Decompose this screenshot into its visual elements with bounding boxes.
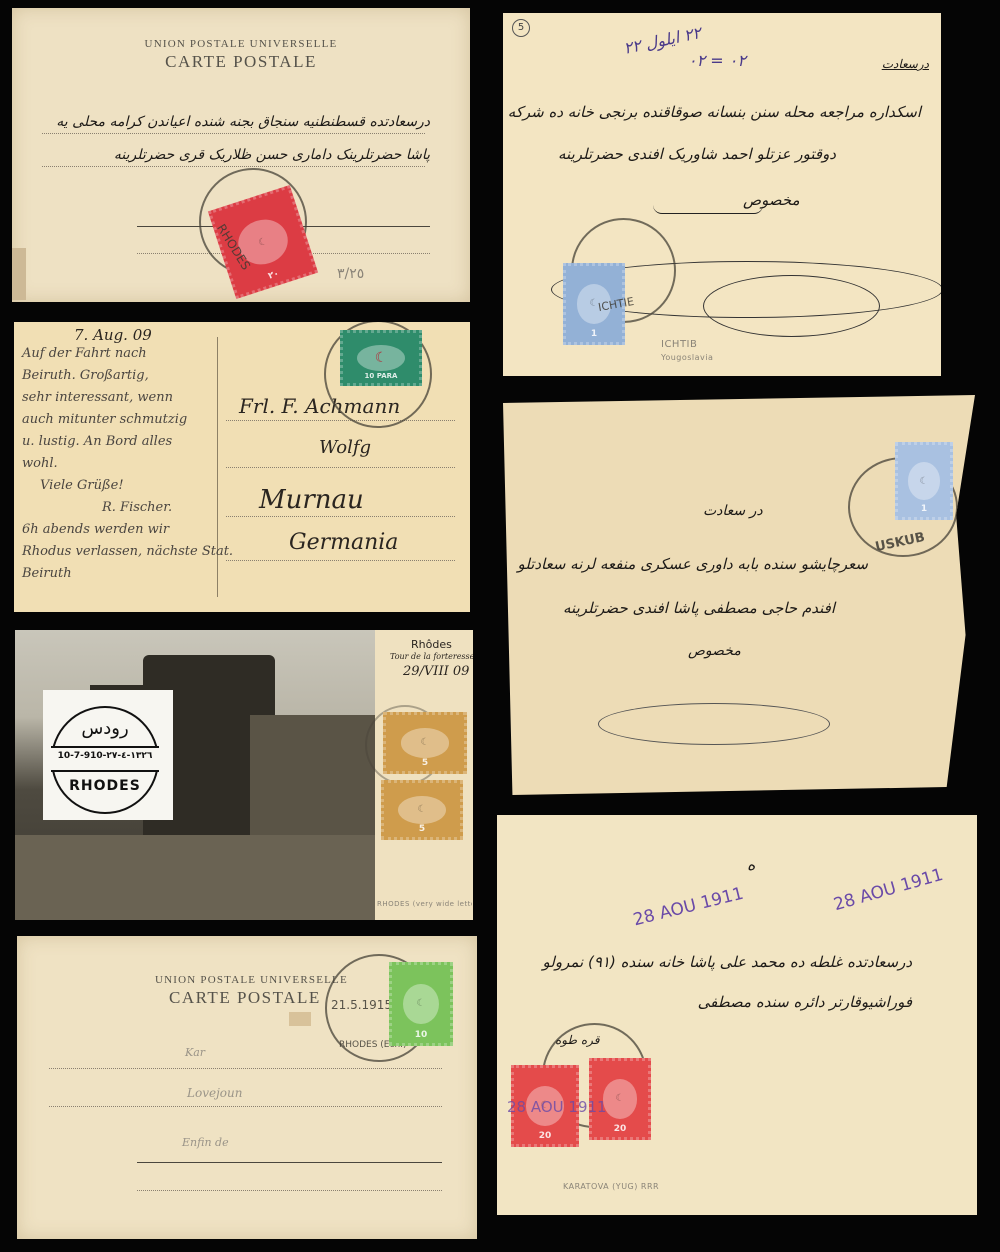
stamp-value: 20 — [614, 1124, 627, 1134]
address-city: Murnau — [259, 485, 364, 515]
address-rule — [42, 166, 425, 167]
stamp-value: 1 — [921, 504, 927, 514]
cover-karatova[interactable]: ه 28 AOU 1911 28 AOU 1911 درسعادتده غلطه… — [497, 815, 977, 1215]
proof-town: RHODES — [43, 778, 167, 794]
address-rule — [137, 1162, 442, 1163]
stamp-value: ٢٠ — [267, 269, 281, 282]
stamp-value: 5 — [419, 824, 425, 834]
address-line-1: درسعادتده غلطه ده محمد علی پاشا خانه سند… — [537, 953, 912, 971]
tughra-icon: ☾ — [357, 345, 404, 371]
green-stamp[interactable]: ☾ 10 PARA — [340, 330, 422, 386]
message-line: Rhodus verlassen, nächste Stat. — [22, 544, 233, 559]
stamp-value: 20 — [539, 1131, 552, 1141]
address-country: Germania — [289, 530, 398, 555]
proof-arabic: رودس — [43, 718, 167, 739]
tughra-icon: ☾ — [603, 1079, 638, 1119]
circled-number: 5 — [512, 19, 530, 37]
address-rule — [42, 133, 425, 134]
stain — [289, 1012, 311, 1026]
pencil-note-1: ICHTIB — [661, 339, 697, 350]
address-line-2: فوراشیوقارتر دائره سنده مصطفی — [698, 993, 912, 1011]
picture-postcard[interactable]: Rhôdes Tour de la forteresse 29/VIII 09 … — [15, 630, 473, 920]
address-line-2: Lovejoun — [187, 1086, 242, 1100]
address-line-2: افندم حاجی مصطفی پاشا افندی حضرتلرینه — [545, 599, 835, 617]
address-rule — [137, 1190, 442, 1191]
message-line: 6h abends werden wir — [22, 522, 169, 537]
pencil-note: KARATOVA (YUG) RRR — [563, 1182, 659, 1191]
carte-postale-title: CARTE POSTALE — [12, 52, 470, 72]
caption-subtitle: Tour de la forteresse — [390, 652, 473, 661]
address-line-1: درسعادتده قسطنطنیه سنجاق بجنه شنده اعیان… — [20, 114, 430, 130]
green-stamp[interactable]: ☾ 10 — [389, 962, 453, 1046]
address-street: Wolfg — [319, 437, 371, 458]
message-date: 7. Aug. 09 — [74, 326, 152, 344]
stamp-value: 10 — [415, 1030, 428, 1040]
pencil-note-2: Yougoslavia — [661, 353, 713, 362]
violet-date-on-stamps: 28 AOU 1911 — [507, 1098, 607, 1116]
stamp-value: 10 PARA — [365, 372, 398, 380]
cover-ichtib[interactable]: 5 ٢٢ ايلول ٢٢ ٢٠ = ٢٠ درسعادت اسکداره مر… — [503, 13, 941, 376]
address-line-2: دوقتور عزتلو احمد شاوریک افندی حضرتلرینه — [558, 145, 836, 163]
pencil-note: ٣/٢٥ — [337, 266, 364, 282]
message-line: Beiruth — [22, 566, 72, 581]
address-rule — [226, 420, 455, 421]
stamp-value: 1 — [591, 329, 597, 339]
address-rule — [226, 467, 455, 468]
proof-date: 10-7-910-١٣٢٦-٤-٢٧ — [51, 751, 159, 761]
tughra-icon: ☾ — [398, 796, 445, 824]
caption-date: 29/VIII 09 — [403, 664, 469, 679]
stamp-value: 5 — [422, 758, 428, 768]
message-line: Beiruth. Großartig, — [22, 368, 149, 383]
message-line: Auf der Fahrt nach — [22, 346, 147, 361]
upu-header: UNION POSTALE UNIVERSELLE — [155, 974, 348, 986]
message-line: R. Fischer. — [102, 500, 172, 515]
postmark-proof-label: رودس 10-7-910-١٣٢٦-٤-٢٧ RHODES — [43, 690, 173, 820]
signature-flourish — [598, 703, 830, 745]
destination: در سعادت — [703, 503, 763, 519]
destination: درسعادت — [882, 57, 929, 71]
address-line-3: Enfin de — [182, 1136, 229, 1149]
address-line-1: Kar — [185, 1046, 205, 1059]
address-line-1: سعرچایشو سنده بابه داوری عسکری منفعه لرن… — [513, 555, 868, 573]
docket-violet-2: ٢٠ = ٢٠ — [688, 51, 746, 70]
pencil-note: RHODES (very wide lettering) — [377, 900, 472, 908]
flourish-line — [653, 205, 763, 214]
message-line: Viele Grüße! — [40, 478, 124, 493]
cover-uskub[interactable]: در سعادت سعرچایشو سنده بابه داوری عسکری … — [503, 395, 975, 795]
fortress-base — [15, 835, 385, 920]
address-line-3: مخصوص — [688, 643, 741, 659]
message-line: auch mitunter schmutzig — [22, 412, 187, 427]
carte-postale-title: CARTE POSTALE — [169, 988, 321, 1008]
postcard-2[interactable]: 7. Aug. 09 Auf der Fahrt nachBeiruth. Gr… — [14, 322, 470, 612]
ochre-stamp-2[interactable]: ☾ 5 — [381, 780, 463, 840]
violet-date-2: 28 AOU 1911 — [831, 865, 945, 915]
cancel-oval-strike-2 — [703, 275, 880, 337]
docket-mark: ه — [747, 855, 755, 874]
address-rule — [226, 560, 455, 561]
cancel-date: 21.5.1915 — [331, 998, 392, 1012]
message-line: u. lustig. An Bord alles — [22, 434, 172, 449]
message-line: wohl. — [22, 456, 58, 471]
ochre-stamp-1[interactable]: ☾ 5 — [383, 712, 467, 774]
tape-mark — [12, 248, 26, 300]
caption-title: Rhôdes — [411, 638, 452, 651]
address-rule — [49, 1068, 442, 1069]
blue-indicium[interactable]: ☾ 1 — [895, 442, 953, 520]
tughra-icon: ☾ — [403, 984, 439, 1025]
upu-header: UNION POSTALE UNIVERSELLE — [12, 38, 470, 50]
postcard-4[interactable]: UNION POSTALE UNIVERSELLE CARTE POSTALE … — [17, 936, 477, 1239]
address-rule — [49, 1106, 442, 1107]
address-rule — [226, 516, 455, 517]
tughra-icon: ☾ — [908, 462, 940, 499]
address-line-1: اسکداره مراجعه محله سنن بنسانه صوقاقنده … — [508, 103, 921, 121]
address-line-2: پاشا حضرتلرینک داماری حسن ظلاریک قری حضر… — [20, 147, 430, 163]
cancel-arabic: قره طوه — [555, 1033, 600, 1047]
tughra-icon: ☾ — [401, 728, 449, 757]
violet-date-1: 28 AOU 1911 — [631, 884, 745, 931]
message-line: sehr interessant, wenn — [22, 390, 173, 405]
postcard-1[interactable]: UNION POSTALE UNIVERSELLE CARTE POSTALE … — [12, 8, 470, 302]
